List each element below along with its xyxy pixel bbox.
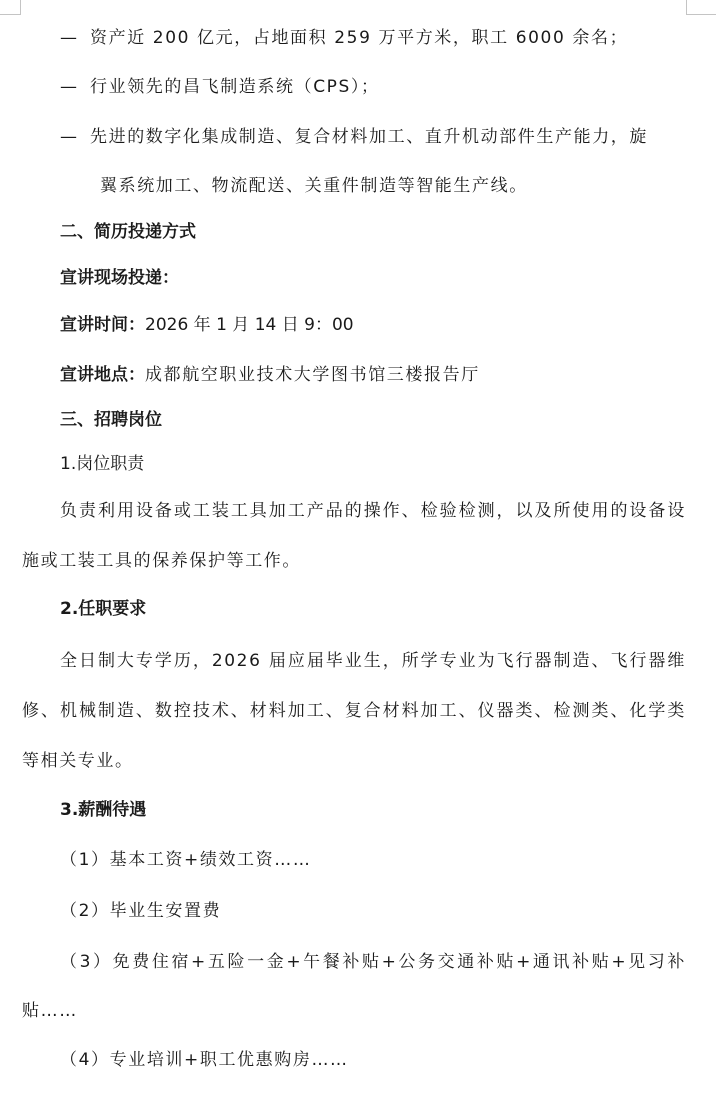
compensation-item: （4）专业培训+职工优惠购房……: [60, 1048, 349, 1072]
subheading-compensation: 3.薪酬待遇: [60, 798, 146, 822]
requirements-paragraph-line: 修、机械制造、数控技术、材料加工、复合材料加工、仪器类、检测类、化学类: [22, 699, 686, 723]
intro-bullet: —资产近 200 亿元，占地面积 259 万平方米，职工 6000 余名；: [60, 26, 628, 50]
presentation-time: 宣讲时间：2026 年 1 月 14 日 9：00: [60, 313, 354, 337]
compensation-item-continuation: 贴……: [22, 999, 78, 1023]
bullet-text: 先进的数字化集成制造、复合材料加工、直升机动部件生产能力，旋: [90, 127, 648, 147]
presentation-location: 宣讲地点：成都航空职业技术大学图书馆三楼报告厅: [60, 363, 480, 387]
compensation-item: （1）基本工资+绩效工资……: [60, 848, 311, 872]
subheading-requirements: 2.任职要求: [60, 597, 146, 621]
dash-marker: —: [60, 26, 90, 50]
dash-marker: —: [60, 125, 90, 149]
crop-mark-top-left: [0, 0, 21, 15]
dash-marker: —: [60, 75, 90, 99]
crop-mark-top-right: [686, 0, 716, 15]
onsite-submission-label: 宣讲现场投递：: [60, 266, 179, 290]
intro-bullet: —行业领先的昌飞制造系统（CPS）；: [60, 75, 380, 99]
requirements-paragraph-line: 等相关专业。: [22, 749, 134, 773]
time-value: 2026 年 1 月 14 日 9：00: [145, 315, 354, 335]
time-label: 宣讲时间：: [60, 315, 145, 335]
requirements-paragraph-line: 全日制大专学历，2026 届应届毕业生，所学专业为飞行器制造、飞行器维: [60, 649, 686, 673]
place-label: 宣讲地点：: [60, 365, 145, 385]
section-heading: 三、招聘岗位: [60, 408, 162, 432]
compensation-item: （3）免费住宿+五险一金+午餐补贴+公务交通补贴+通讯补贴+见习补: [60, 950, 686, 974]
intro-bullet-continuation: 翼系统加工、物流配送、关重件制造等智能生产线。: [100, 174, 528, 198]
duties-paragraph-line: 负责利用设备或工装工具加工产品的操作、检验检测，以及所使用的设备设: [60, 499, 686, 523]
compensation-item: （2）毕业生安置费: [60, 899, 221, 923]
section-heading: 二、简历投递方式: [60, 220, 196, 244]
bullet-text: 行业领先的昌飞制造系统（CPS）；: [90, 77, 380, 97]
duties-paragraph-line: 施或工装工具的保养保护等工作。: [22, 549, 301, 573]
place-value: 成都航空职业技术大学图书馆三楼报告厅: [145, 365, 480, 385]
bullet-text: 资产近 200 亿元，占地面积 259 万平方米，职工 6000 余名；: [90, 28, 628, 48]
subheading-duties: 1.岗位职责: [60, 452, 144, 476]
intro-bullet: —先进的数字化集成制造、复合材料加工、直升机动部件生产能力，旋: [60, 125, 648, 149]
